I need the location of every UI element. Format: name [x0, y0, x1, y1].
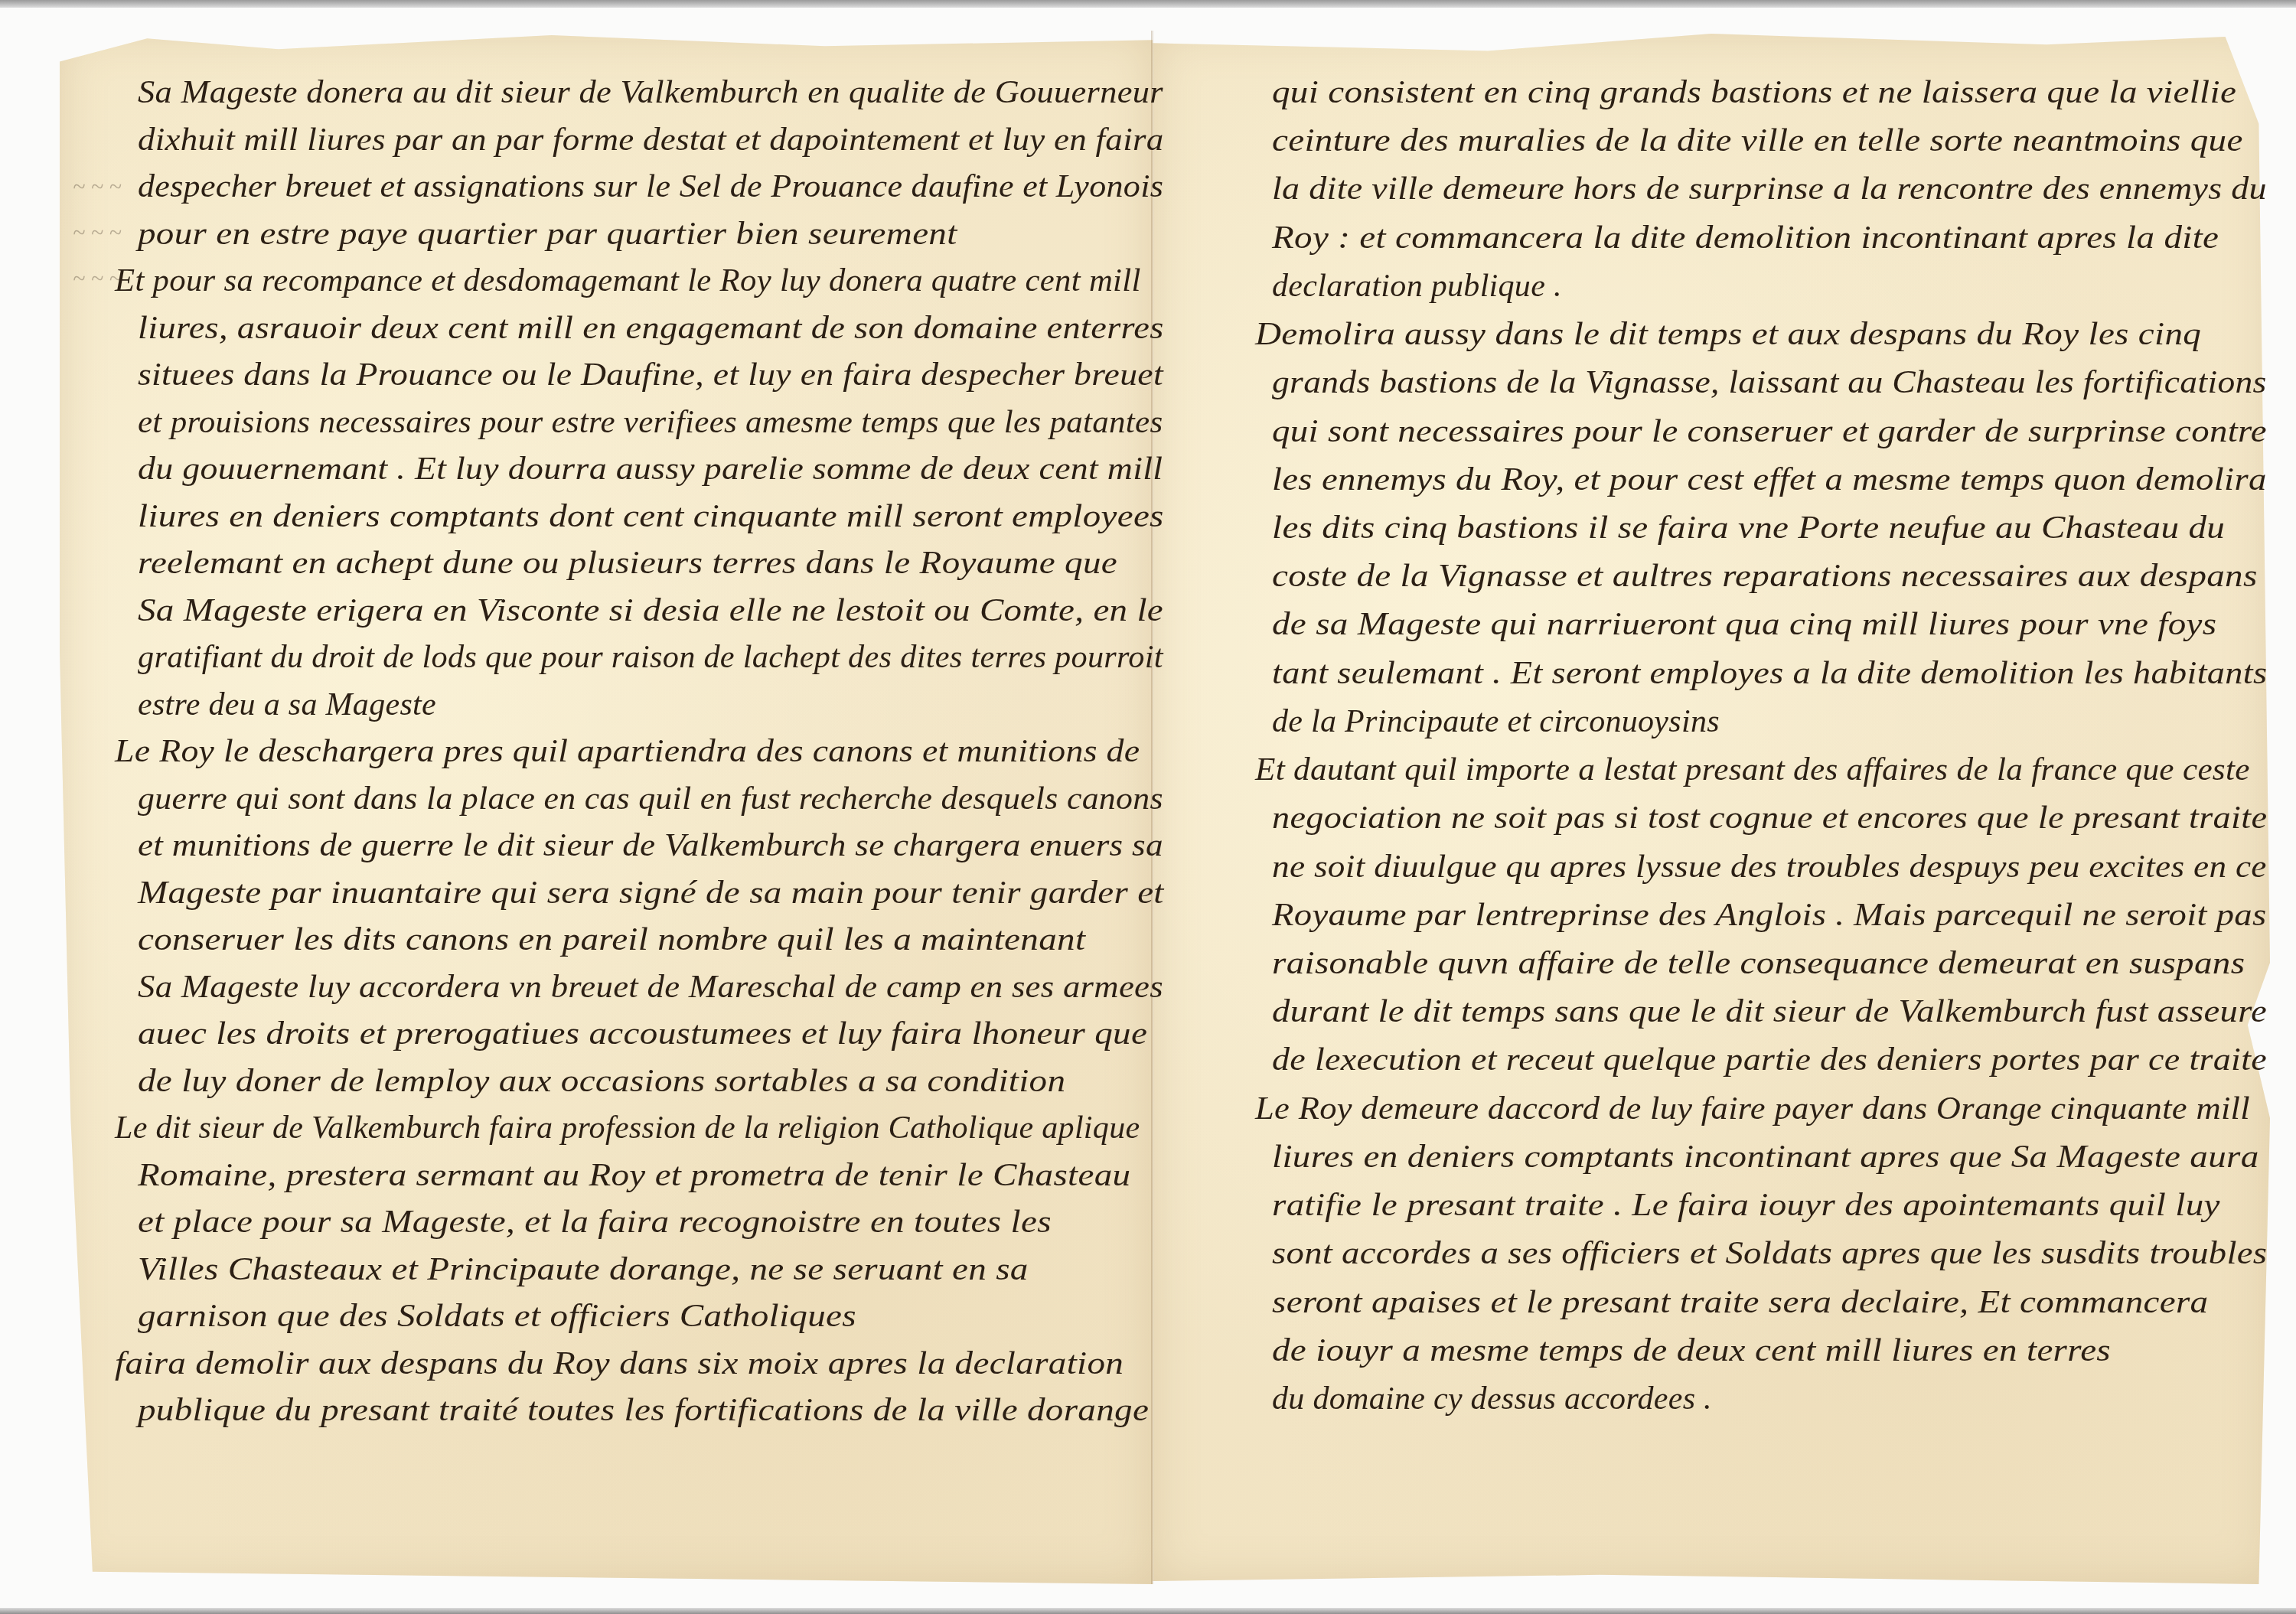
manuscript-line: Demolira aussy dans le dit temps et aux …: [1255, 315, 2201, 354]
manuscript-line: liures en deniers comptants dont cent ci…: [138, 497, 1164, 536]
manuscript-line: qui consistent en cinq grands bastions e…: [1272, 73, 2236, 112]
manuscript-line: faira demolir aux despans du Roy dans si…: [115, 1345, 1124, 1383]
manuscript-line: et place pour sa Mageste, et la faira re…: [138, 1203, 1052, 1241]
manuscript-line: Villes Chasteaux et Principaute dorange,…: [138, 1250, 1029, 1289]
manuscript-line: et prouisions necessaires pour estre ver…: [138, 403, 1163, 442]
manuscript-line: Et dautant quil importe a lestat presant…: [1255, 751, 2250, 789]
manuscript-line: de luy doner de lemploy aux occasions so…: [138, 1062, 1065, 1100]
manuscript-line: Royaume par lentreprinse des Anglois . M…: [1272, 896, 2266, 934]
manuscript-line: guerre qui sont dans la place en cas qui…: [138, 780, 1163, 818]
manuscript-line: raisonable quvn affaire de telle consequ…: [1272, 944, 2245, 983]
manuscript-line: situees dans la Prouance ou le Daufine, …: [138, 356, 1163, 394]
manuscript-line: auec les droits et prerogatiues accoustu…: [138, 1015, 1147, 1053]
manuscript-line: liures en deniers comptants incontinant …: [1272, 1138, 2259, 1176]
manuscript-line: liures, asrauoir deux cent mill en engag…: [138, 309, 1164, 347]
manuscript-line: ceinture des muralies de la dite ville e…: [1272, 122, 2243, 160]
manuscript-line: la dite ville demeure hors de surprinse …: [1272, 170, 2267, 208]
manuscript-line: les dits cinq bastions il se faira vne P…: [1272, 509, 2225, 547]
manuscript-line: Le Roy le deschargera pres quil apartien…: [115, 732, 1140, 771]
manuscript-line: grands bastions de la Vignasse, laissant…: [1272, 364, 2267, 402]
manuscript-line: publique du presant traité toutes les fo…: [138, 1391, 1149, 1430]
manuscript-line: Sa Mageste donera au dit sieur de Valkem…: [138, 73, 1163, 112]
manuscript-line: et munitions de guerre le dit sieur de V…: [138, 827, 1163, 865]
manuscript-line: ratifie le presant traite . Le faira iou…: [1272, 1186, 2220, 1224]
manuscript-line: de iouyr a mesme temps de deux cent mill…: [1272, 1332, 2111, 1370]
manuscript-line: sont accordes a ses officiers et Soldats…: [1272, 1234, 2267, 1273]
manuscript-line: de sa Mageste qui narriueront qua cinq m…: [1272, 605, 2216, 644]
manuscript-line: du domaine cy dessus accordees .: [1272, 1380, 1712, 1418]
manuscript-line: coste de la Vignasse et aultres reparati…: [1272, 557, 2258, 595]
manuscript-line: Le Roy demeure daccord de luy faire paye…: [1255, 1090, 2250, 1128]
manuscript-line: dixhuit mill liures par an par forme des…: [138, 121, 1164, 159]
manuscript-line: reelemant en achept dune ou plusieurs te…: [138, 544, 1117, 582]
manuscript-line: Sa Mageste luy accordera vn breuet de Ma…: [138, 968, 1163, 1006]
manuscript-line: Le dit sieur de Valkemburch faira profes…: [115, 1109, 1140, 1147]
manuscript-line: de lexecution et receut quelque partie d…: [1272, 1041, 2267, 1079]
manuscript-line: Sa Mageste erigera en Visconte si desia …: [138, 592, 1163, 630]
manuscript-line: durant le dit temps sans que le dit sieu…: [1272, 993, 2267, 1031]
manuscript-line: Mageste par inuantaire qui sera signé de…: [138, 874, 1164, 912]
manuscript-line: Roy : et commancera la dite demolition i…: [1272, 219, 2219, 257]
manuscript-line: Et pour sa recompance et desdomagemant l…: [115, 262, 1141, 300]
manuscript-line: negociation ne soit pas si tost cognue e…: [1272, 799, 2267, 837]
manuscript-line: despecher breuet et assignations sur le …: [138, 168, 1163, 206]
manuscript-line: de la Principaute et circonuoysins: [1272, 703, 1720, 741]
manuscript-line: ne soit diuulgue qu apres lyssue des tro…: [1272, 848, 2267, 886]
manuscript-line: Romaine, prestera sermant au Roy et prom…: [138, 1156, 1130, 1195]
manuscript-line: seront apaises et le presant traite sera…: [1272, 1283, 2208, 1322]
manuscript-line: declaration publique .: [1272, 267, 1562, 305]
manuscript-line: les ennemys du Roy, et pour cest effet a…: [1272, 461, 2267, 499]
scan-top-edge: [0, 0, 2296, 8]
manuscript-line: garnison que des Soldats et officiers Ca…: [138, 1297, 856, 1335]
manuscript-line: qui sont necessaires pour le conseruer e…: [1272, 412, 2267, 451]
manuscript-line: du gouuernemant . Et luy dourra aussy pa…: [138, 450, 1163, 488]
manuscript-line: tant seulemant . Et seront employes a la…: [1272, 654, 2267, 693]
manuscript-line: estre deu a sa Mageste: [138, 686, 436, 724]
scan-bottom-edge: [0, 1608, 2296, 1614]
manuscript-line: gratifiant du droit de lods que pour rai…: [138, 638, 1163, 677]
manuscript-line: pour en estre paye quartier par quartier…: [138, 215, 957, 253]
manuscript-line: conseruer les dits canons en pareil nomb…: [138, 921, 1085, 959]
